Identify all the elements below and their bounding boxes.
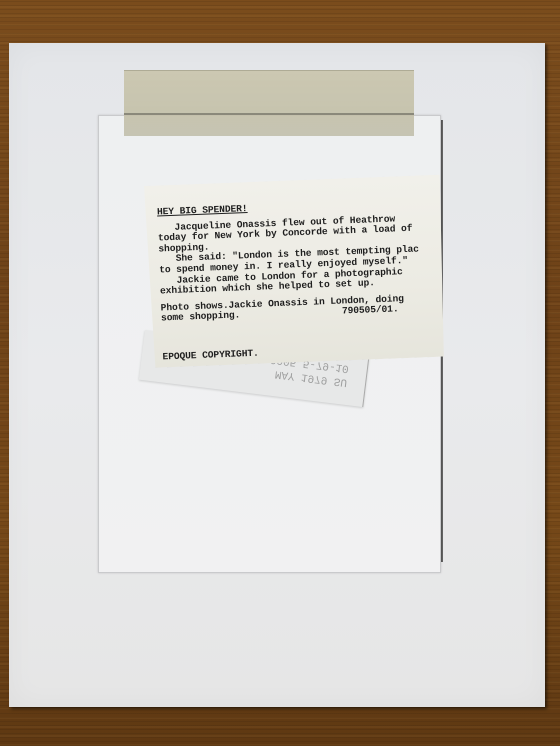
masking-tape bbox=[124, 70, 414, 136]
caption-text: HEY BIG SPENDER! Jacqueline Onassis flew… bbox=[157, 197, 448, 363]
print-top-edge bbox=[124, 113, 414, 115]
caption-slip: HEY BIG SPENDER! Jacqueline Onassis flew… bbox=[144, 175, 447, 368]
